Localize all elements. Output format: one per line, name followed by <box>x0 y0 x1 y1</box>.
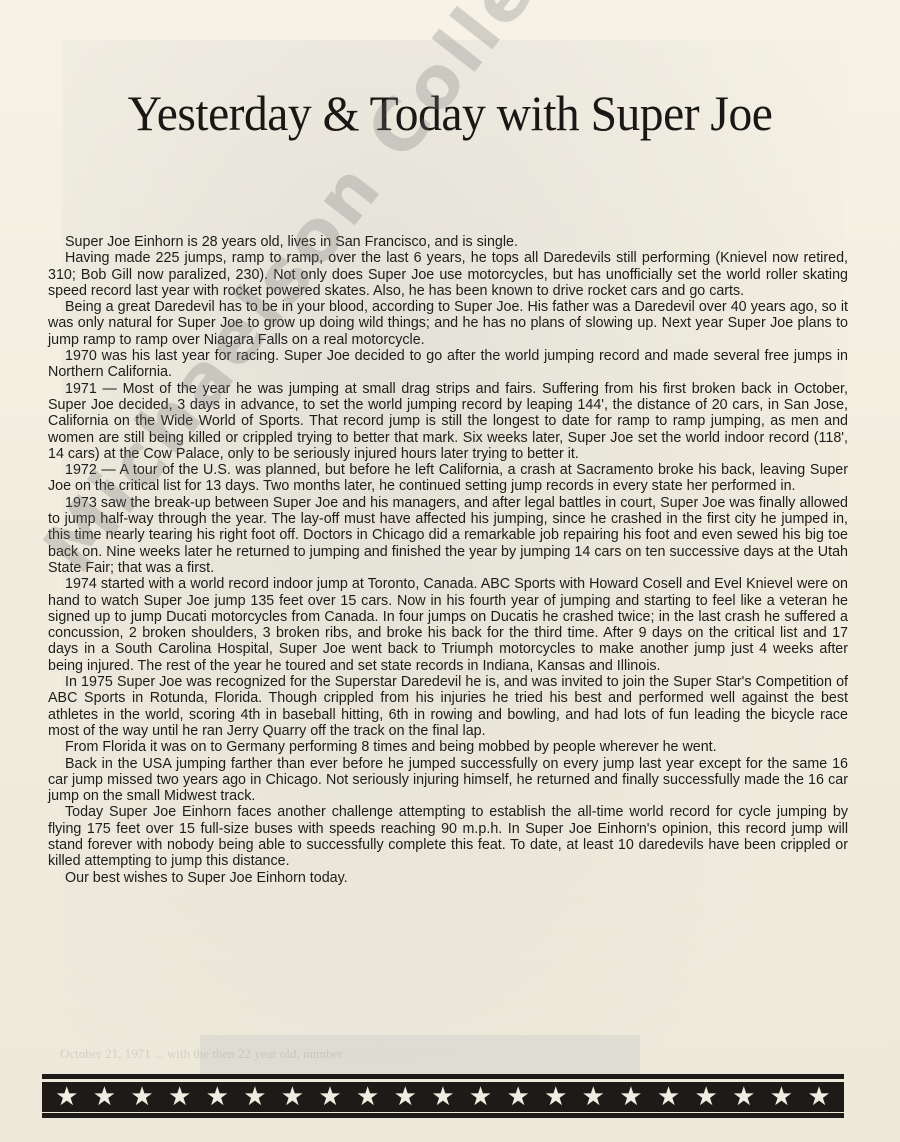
article-paragraph: Back in the USA jumping farther than eve… <box>48 756 848 805</box>
band-top-rule <box>42 1074 844 1079</box>
article-paragraph: 1970 was his last year for racing. Super… <box>48 348 848 381</box>
star-icon: ★ <box>356 1084 379 1110</box>
star-icon: ★ <box>544 1084 567 1110</box>
faded-photo-caption: October 21, 1971 ... with the then 22 ye… <box>60 1046 840 1062</box>
article-paragraph: 1974 started with a world record indoor … <box>48 576 848 674</box>
article-body: Super Joe Einhorn is 28 years old, lives… <box>48 234 848 886</box>
star-icon: ★ <box>582 1084 605 1110</box>
star-icon: ★ <box>619 1084 642 1110</box>
star-border-band: ★★★★★★★★★★★★★★★★★★★★★ <box>42 1074 844 1120</box>
article-paragraph: Today Super Joe Einhorn faces another ch… <box>48 804 848 869</box>
article-paragraph: In 1975 Super Joe was recognized for the… <box>48 674 848 739</box>
article-paragraph: From Florida it was on to Germany perfor… <box>48 739 848 755</box>
star-icon: ★ <box>431 1084 454 1110</box>
star-icon: ★ <box>130 1084 153 1110</box>
star-row: ★★★★★★★★★★★★★★★★★★★★★ <box>42 1082 844 1112</box>
star-icon: ★ <box>206 1084 229 1110</box>
star-icon: ★ <box>394 1084 417 1110</box>
star-icon: ★ <box>168 1084 191 1110</box>
article-paragraph: Having made 225 jumps, ramp to ramp, ove… <box>48 250 848 299</box>
band-bottom-rule <box>42 1113 844 1118</box>
star-icon: ★ <box>243 1084 266 1110</box>
star-icon: ★ <box>807 1084 830 1110</box>
article-paragraph: 1972 — A tour of the U.S. was planned, b… <box>48 462 848 495</box>
star-icon: ★ <box>469 1084 492 1110</box>
article-paragraph: Our best wishes to Super Joe Einhorn tod… <box>48 870 848 886</box>
star-icon: ★ <box>506 1084 529 1110</box>
star-icon: ★ <box>281 1084 304 1110</box>
star-icon: ★ <box>657 1084 680 1110</box>
star-icon: ★ <box>318 1084 341 1110</box>
star-icon: ★ <box>770 1084 793 1110</box>
article-paragraph: 1971 — Most of the year he was jumping a… <box>48 381 848 462</box>
star-icon: ★ <box>55 1084 78 1110</box>
article-paragraph: Super Joe Einhorn is 28 years old, lives… <box>48 234 848 250</box>
page-title: Yesterday & Today with Super Joe <box>23 84 878 142</box>
article-paragraph: 1973 saw the break-up between Super Joe … <box>48 495 848 576</box>
star-icon: ★ <box>732 1084 755 1110</box>
star-icon: ★ <box>695 1084 718 1110</box>
star-icon: ★ <box>93 1084 116 1110</box>
article-paragraph: Being a great Daredevil has to be in you… <box>48 299 848 348</box>
